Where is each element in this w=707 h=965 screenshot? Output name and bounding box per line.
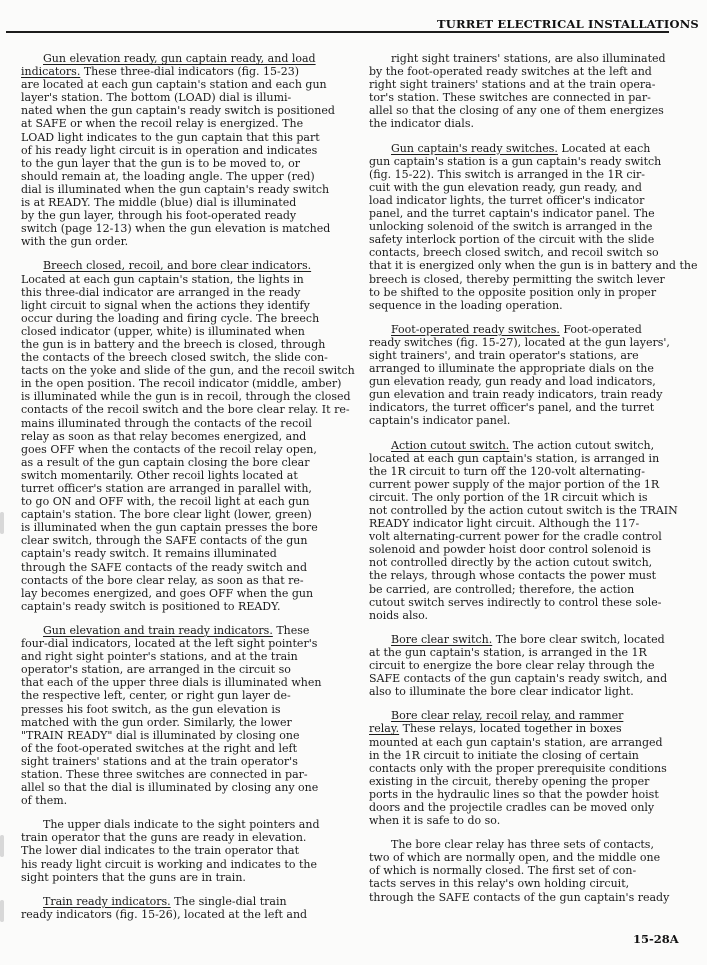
body-text: light circuit to signal when the actions… — [21, 299, 310, 312]
body-text: the 1R circuit to turn off the 120-volt … — [369, 465, 645, 478]
section-heading: Foot-operated ready switches. — [391, 323, 560, 336]
text-line: tor's station. These switches are connec… — [369, 91, 687, 104]
body-text: nated when the gun captain's ready switc… — [21, 104, 335, 117]
body-text: occur during the loading and firing cycl… — [21, 312, 319, 325]
section-heading: Train ready indicators. — [43, 895, 171, 908]
body-text: captain's ready switch is positioned to … — [21, 600, 280, 613]
body-text: located at each gun captain's station, i… — [369, 452, 659, 465]
body-text: relay as soon as that relay becomes ener… — [21, 430, 306, 443]
body-text: mounted at each gun captain's station, a… — [369, 736, 663, 749]
text-line: contacts, breech closed switch, and reco… — [369, 246, 687, 259]
body-text: with the gun order. — [21, 235, 128, 248]
section-heading: Gun captain's ready switches. — [391, 142, 558, 155]
section-heading: relay. — [369, 722, 399, 735]
text-line: Bore clear relay, recoil relay, and ramm… — [369, 709, 687, 722]
text-line: volt alternating-current power for the c… — [369, 530, 687, 543]
text-line: safety interlock portion of the circuit … — [369, 233, 687, 246]
body-text: allel so that the dial is illuminated by… — [21, 781, 318, 794]
body-text: train operator that the guns are ready i… — [21, 831, 306, 844]
text-line: as a result of the gun captain closing t… — [21, 456, 343, 469]
text-line: are located at each gun captain's statio… — [21, 78, 343, 91]
text-line: is at READY. The middle (blue) dial is i… — [21, 196, 343, 209]
paragraph-action-cutout-switch: Action cutout switch. The action cutout … — [369, 439, 687, 622]
text-line: mains illuminated through the contacts o… — [21, 417, 343, 430]
body-text: not controlled by the action cutout swit… — [369, 504, 678, 517]
text-line: the respective left, center, or right gu… — [21, 689, 343, 702]
text-line: switch (page 12-13) when the gun elevati… — [21, 222, 343, 235]
body-text: layer's station. The bottom (LOAD) dial … — [21, 91, 291, 104]
text-line: indicators. These three-dial indicators … — [21, 65, 343, 78]
text-line: The upper dials indicate to the sight po… — [21, 818, 343, 831]
text-line: solenoid and powder hoist door control s… — [369, 543, 687, 556]
text-line: with the gun order. — [21, 235, 343, 248]
body-text: gun captain's station is a gun captain's… — [369, 155, 661, 168]
body-text: to the gun layer that the gun is to be m… — [21, 157, 300, 170]
text-line: turret officer's station are arranged in… — [21, 482, 343, 495]
text-line: goes OFF when the contacts of the recoil… — [21, 443, 343, 456]
paragraph: The upper dials indicate to the sight po… — [21, 818, 343, 883]
text-line: circuit. The only portion of the 1R circ… — [369, 491, 687, 504]
body-text: current power supply of the major portio… — [369, 478, 659, 491]
body-text: These three-dial indicators (fig. 15-23) — [80, 65, 299, 78]
body-text: (fig. 15-22). This switch is arranged in… — [369, 168, 645, 181]
body-text: ready indicators (fig. 15-26), located a… — [21, 908, 307, 921]
body-text: and right sight pointer's stations, and … — [21, 650, 298, 663]
text-line: matched with the gun order. Similarly, t… — [21, 716, 343, 729]
section-heading: Bore clear switch. — [391, 633, 492, 646]
scan-edge-mark — [0, 835, 4, 857]
text-line: by the foot-operated ready switches at t… — [369, 65, 687, 78]
text-line: LOAD light indicates to the gun captain … — [21, 131, 343, 144]
text-line: of which is normally closed. The first s… — [369, 864, 687, 877]
paragraph-bore-clear-relay-recoil-relay-and-rammer-relay: Bore clear relay, recoil relay, and ramm… — [369, 709, 687, 827]
body-text: right sight trainers' stations, are also… — [391, 52, 666, 65]
body-text: contacts of the recoil switch and the bo… — [21, 403, 350, 416]
text-line: through the SAFE contacts of the ready s… — [21, 561, 343, 574]
text-line: relay as soon as that relay becomes ener… — [21, 430, 343, 443]
body-text: not controlled directly by the action cu… — [369, 556, 652, 569]
text-line: that it is energized only when the gun i… — [369, 259, 687, 272]
body-text: contacts only with the proper prerequisi… — [369, 762, 667, 775]
text-line: at the gun captain's station, is arrange… — [369, 646, 687, 659]
body-text: matched with the gun order. Similarly, t… — [21, 716, 292, 729]
text-line: Bore clear switch. The bore clear switch… — [369, 633, 687, 646]
body-text: "TRAIN READY" dial is illuminated by clo… — [21, 729, 300, 742]
body-text: the relays, through whose contacts the p… — [369, 569, 656, 582]
text-line: light circuit to signal when the actions… — [21, 299, 343, 312]
body-text: to go ON and OFF with, the recoil light … — [21, 495, 309, 508]
body-text: mains illuminated through the contacts o… — [21, 417, 312, 430]
scan-edge-mark — [0, 512, 4, 534]
text-line: READY indicator light circuit. Although … — [369, 517, 687, 530]
text-line: also to illuminate the bore clear indica… — [369, 685, 687, 698]
body-text: READY indicator light circuit. Although … — [369, 517, 639, 530]
paragraph-breech-closed-recoil-and-bore-clear-indicators: Breech closed, recoil, and bore clear in… — [21, 259, 343, 613]
body-text: is illuminated while the gun is in recoi… — [21, 390, 351, 403]
text-line: sight trainers', and train operator's st… — [369, 349, 687, 362]
text-line: gun elevation ready, gun ready and load … — [369, 375, 687, 388]
text-line: captain's station. The bore clear light … — [21, 508, 343, 521]
text-line: by the gun layer, through his foot-opera… — [21, 209, 343, 222]
body-text: indicators, the turret officer's panel, … — [369, 401, 654, 414]
text-line: contacts of the recoil switch and the bo… — [21, 403, 343, 416]
body-text: safety interlock portion of the circuit … — [369, 233, 654, 246]
text-line: existing in the circuit, thereby opening… — [369, 775, 687, 788]
body-text: Located at each gun captain's station, t… — [21, 273, 304, 286]
text-line: closed indicator (upper, white) is illum… — [21, 325, 343, 338]
paragraph-gun-captain-s-ready-switches: Gun captain's ready switches. Located at… — [369, 142, 687, 312]
left-column: Gun elevation ready, gun captain ready, … — [21, 52, 343, 921]
body-text: The lower dial indicates to the train op… — [21, 844, 299, 857]
text-line: Gun elevation ready, gun captain ready, … — [21, 52, 343, 65]
body-text: the respective left, center, or right gu… — [21, 689, 291, 702]
text-line: SAFE contacts of the gun captain's ready… — [369, 672, 687, 685]
body-text: cuit with the gun elevation ready, gun r… — [369, 181, 642, 194]
body-text: of his ready light circuit is in operati… — [21, 144, 317, 157]
body-text: noids also. — [369, 609, 428, 622]
body-text: through the SAFE contacts of the ready s… — [21, 561, 307, 574]
text-line: nated when the gun captain's ready switc… — [21, 104, 343, 117]
body-text: sight trainers' stations and at the trai… — [21, 755, 298, 768]
body-text: of them. — [21, 794, 67, 807]
text-line: "TRAIN READY" dial is illuminated by clo… — [21, 729, 343, 742]
text-line: ready indicators (fig. 15-26), located a… — [21, 908, 343, 921]
text-line: gun elevation and train ready indicators… — [369, 388, 687, 401]
body-text: of which is normally closed. The first s… — [369, 864, 636, 877]
body-text: circuit. The only portion of the 1R circ… — [369, 491, 648, 504]
body-text: tacts serves in this relay's own holding… — [369, 877, 629, 890]
body-text: station. These three switches are connec… — [21, 768, 308, 781]
text-line: switch momentarily. Other recoil lights … — [21, 469, 343, 482]
body-text: These — [273, 624, 310, 637]
body-text: through the SAFE contacts of the gun cap… — [369, 891, 669, 904]
section-heading: Bore clear relay, recoil relay, and ramm… — [391, 709, 623, 722]
text-line: Foot-operated ready switches. Foot-opera… — [369, 323, 687, 336]
body-text: sight trainers', and train operator's st… — [369, 349, 639, 362]
body-text: LOAD light indicates to the gun captain … — [21, 131, 320, 144]
paragraph: right sight trainers' stations, are also… — [369, 52, 687, 131]
body-text: is illuminated when the gun captain pres… — [21, 521, 318, 534]
page-number: 15-28A — [633, 932, 679, 946]
text-line: current power supply of the major portio… — [369, 478, 687, 491]
body-text: are located at each gun captain's statio… — [21, 78, 327, 91]
text-line: operator's station, are arranged in the … — [21, 663, 343, 676]
text-line: Gun elevation and train ready indicators… — [21, 624, 343, 637]
text-line: ports in the hydraulic lines so that the… — [369, 788, 687, 801]
text-line: Action cutout switch. The action cutout … — [369, 439, 687, 452]
text-line: ready switches (fig. 15-27), located at … — [369, 336, 687, 349]
body-text: dial is illuminated when the gun captain… — [21, 183, 329, 196]
text-line: to the gun layer that the gun is to be m… — [21, 157, 343, 170]
text-line: (fig. 15-22). This switch is arranged in… — [369, 168, 687, 181]
body-text: the gun is in battery and the breech is … — [21, 338, 325, 351]
text-line: sight pointers that the guns are in trai… — [21, 871, 343, 884]
text-line: circuit to energize the bore clear relay… — [369, 659, 687, 672]
body-text: is at READY. The middle (blue) dial is i… — [21, 196, 296, 209]
section-heading: Gun elevation ready, gun captain ready, … — [43, 52, 316, 65]
text-line: breech is closed, thereby permitting the… — [369, 273, 687, 286]
section-heading: indicators. — [21, 65, 80, 78]
body-text: contacts, breech closed switch, and reco… — [369, 246, 659, 259]
body-text: tor's station. These switches are connec… — [369, 91, 651, 104]
body-text: contacts of the bore clear relay, as soo… — [21, 574, 304, 587]
body-text: SAFE contacts of the gun captain's ready… — [369, 672, 667, 685]
text-line: allel so that the closing of any one of … — [369, 104, 687, 117]
body-text: presses his foot switch, as the gun elev… — [21, 703, 281, 716]
text-line: located at each gun captain's station, i… — [369, 452, 687, 465]
paragraph-gun-elevation-ready-gun-captain-ready-and-load-indicators: Gun elevation ready, gun captain ready, … — [21, 52, 343, 248]
text-line: captain's ready switch is positioned to … — [21, 600, 343, 613]
body-text: that it is energized only when the gun i… — [369, 259, 697, 272]
body-text: load indicator lights, the turret office… — [369, 194, 644, 207]
body-text: panel, and the turret captain's indicato… — [369, 207, 655, 220]
body-text: arranged to illuminate the appropriate d… — [369, 362, 654, 375]
text-line: station. These three switches are connec… — [21, 768, 343, 781]
text-line: tacts on the yoke and slide of the gun, … — [21, 364, 343, 377]
body-text: in the 1R circuit to initiate the closin… — [369, 749, 639, 762]
body-text: The bore clear relay has three sets of c… — [391, 838, 654, 851]
text-line: right sight trainers' stations and at th… — [369, 78, 687, 91]
text-line: captain's indicator panel. — [369, 414, 687, 427]
text-line: The bore clear relay has three sets of c… — [369, 838, 687, 851]
text-line: sight trainers' stations and at the trai… — [21, 755, 343, 768]
paragraph-bore-clear-switch: Bore clear switch. The bore clear switch… — [369, 633, 687, 698]
section-heading: Action cutout switch. — [391, 439, 509, 452]
text-line: Located at each gun captain's station, t… — [21, 273, 343, 286]
text-line: to go ON and OFF with, the recoil light … — [21, 495, 343, 508]
text-line: Train ready indicators. The single-dial … — [21, 895, 343, 908]
text-line: the relays, through whose contacts the p… — [369, 569, 687, 582]
text-line: through the SAFE contacts of the gun cap… — [369, 891, 687, 904]
text-line: sequence in the loading operation. — [369, 299, 687, 312]
text-line: Gun captain's ready switches. Located at… — [369, 142, 687, 155]
text-line: noids also. — [369, 609, 687, 622]
text-line: this three-dial indicator are arranged i… — [21, 286, 343, 299]
body-text: volt alternating-current power for the c… — [369, 530, 662, 543]
text-line: relay. These relays, located together in… — [369, 722, 687, 735]
paragraph-gun-elevation-and-train-ready-indicators: Gun elevation and train ready indicators… — [21, 624, 343, 807]
text-line: captain's ready switch. It remains illum… — [21, 547, 343, 560]
body-text: solenoid and powder hoist door control s… — [369, 543, 651, 556]
text-line: load indicator lights, the turret office… — [369, 194, 687, 207]
text-line: is illuminated while the gun is in recoi… — [21, 390, 343, 403]
text-line: that each of the upper three dials is il… — [21, 676, 343, 689]
body-text: the indicator dials. — [369, 117, 474, 130]
body-text: closed indicator (upper, white) is illum… — [21, 325, 305, 338]
text-line: cuit with the gun elevation ready, gun r… — [369, 181, 687, 194]
text-line: cutout switch serves indirectly to contr… — [369, 596, 687, 609]
text-line: lay becomes energized, and goes OFF when… — [21, 587, 343, 600]
body-text: switch (page 12-13) when the gun elevati… — [21, 222, 330, 235]
body-text: existing in the circuit, thereby opening… — [369, 775, 649, 788]
body-text: ports in the hydraulic lines so that the… — [369, 788, 659, 801]
text-line: arranged to illuminate the appropriate d… — [369, 362, 687, 375]
text-line: mounted at each gun captain's station, a… — [369, 736, 687, 749]
text-line: dial is illuminated when the gun captain… — [21, 183, 343, 196]
body-text: that each of the upper three dials is il… — [21, 676, 321, 689]
running-header-title: TURRET ELECTRICAL INSTALLATIONS — [437, 17, 699, 31]
body-text: turret officer's station are arranged in… — [21, 482, 312, 495]
body-text: gun elevation and train ready indicators… — [369, 388, 663, 401]
body-text: captain's station. The bore clear light … — [21, 508, 312, 521]
body-text: switch momentarily. Other recoil lights … — [21, 469, 298, 482]
body-text: These relays, located together in boxes — [399, 722, 622, 735]
paragraph-foot-operated-ready-switches: Foot-operated ready switches. Foot-opera… — [369, 323, 687, 428]
text-line: panel, and the turret captain's indicato… — [369, 207, 687, 220]
body-text: be carried, are controlled; therefore, t… — [369, 583, 634, 596]
body-text: by the foot-operated ready switches at t… — [369, 65, 652, 78]
body-text: gun elevation ready, gun ready and load … — [369, 375, 656, 388]
text-line: layer's station. The bottom (LOAD) dial … — [21, 91, 343, 104]
body-text: when it is safe to do so. — [369, 814, 500, 827]
text-line: be carried, are controlled; therefore, t… — [369, 583, 687, 596]
text-line: his ready light circuit is working and i… — [21, 858, 343, 871]
text-line: train operator that the guns are ready i… — [21, 831, 343, 844]
body-text: circuit to energize the bore clear relay… — [369, 659, 654, 672]
body-text: two of which are normally open, and the … — [369, 851, 660, 864]
scan-edge-mark — [0, 900, 4, 922]
text-line: not controlled by the action cutout swit… — [369, 504, 687, 517]
text-line: contacts of the bore clear relay, as soo… — [21, 574, 343, 587]
body-text: clear switch, through the SAFE contacts … — [21, 534, 307, 547]
body-text: sight pointers that the guns are in trai… — [21, 871, 246, 884]
body-text: captain's indicator panel. — [369, 414, 510, 427]
body-text: at SAFE or when the recoil relay is ener… — [21, 117, 303, 130]
body-text: goes OFF when the contacts of the recoil… — [21, 443, 317, 456]
text-line: at SAFE or when the recoil relay is ener… — [21, 117, 343, 130]
text-line: four-dial indicators, located at the lef… — [21, 637, 343, 650]
body-text: lay becomes energized, and goes OFF when… — [21, 587, 313, 600]
body-text: The action cutout switch, — [509, 439, 654, 452]
body-text: Located at each — [558, 142, 650, 155]
text-line: is illuminated when the gun captain pres… — [21, 521, 343, 534]
text-line: presses his foot switch, as the gun elev… — [21, 703, 343, 716]
text-line: of the foot-operated switches at the rig… — [21, 742, 343, 755]
body-text: to be shifted to the opposite position o… — [369, 286, 656, 299]
text-line: gun captain's station is a gun captain's… — [369, 155, 687, 168]
body-text: at the gun captain's station, is arrange… — [369, 646, 647, 659]
text-line: the 1R circuit to turn off the 120-volt … — [369, 465, 687, 478]
body-text: The single-dial train — [171, 895, 287, 908]
right-column: right sight trainers' stations, are also… — [369, 52, 687, 904]
text-line: the indicator dials. — [369, 117, 687, 130]
text-line: doors and the projectile cradles can be … — [369, 801, 687, 814]
body-text: doors and the projectile cradles can be … — [369, 801, 654, 814]
text-line: contacts only with the proper prerequisi… — [369, 762, 687, 775]
paragraph-train-ready-indicators: Train ready indicators. The single-dial … — [21, 895, 343, 921]
text-line: two of which are normally open, and the … — [369, 851, 687, 864]
body-text: breech is closed, thereby permitting the… — [369, 273, 665, 286]
section-heading: Breech closed, recoil, and bore clear in… — [43, 259, 311, 272]
text-line: of them. — [21, 794, 343, 807]
text-line: when it is safe to do so. — [369, 814, 687, 827]
body-text: captain's ready switch. It remains illum… — [21, 547, 277, 560]
text-line: allel so that the dial is illuminated by… — [21, 781, 343, 794]
text-line: to be shifted to the opposite position o… — [369, 286, 687, 299]
text-line: and right sight pointer's stations, and … — [21, 650, 343, 663]
body-text: The upper dials indicate to the sight po… — [43, 818, 319, 831]
body-text: sequence in the loading operation. — [369, 299, 563, 312]
body-text: tacts on the yoke and slide of the gun, … — [21, 364, 355, 377]
body-text: allel so that the closing of any one of … — [369, 104, 664, 117]
body-text: cutout switch serves indirectly to contr… — [369, 596, 661, 609]
body-text: as a result of the gun captain closing t… — [21, 456, 309, 469]
body-text: operator's station, are arranged in the … — [21, 663, 291, 676]
text-line: unlocking solenoid of the switch is arra… — [369, 220, 687, 233]
text-line: Breech closed, recoil, and bore clear in… — [21, 259, 343, 272]
body-text: four-dial indicators, located at the lef… — [21, 637, 317, 650]
paragraph: The bore clear relay has three sets of c… — [369, 838, 687, 903]
body-text: in the open position. The recoil indicat… — [21, 377, 341, 390]
body-text: the contacts of the breech closed switch… — [21, 351, 328, 364]
body-text: of the foot-operated switches at the rig… — [21, 742, 297, 755]
text-line: not controlled directly by the action cu… — [369, 556, 687, 569]
section-heading: Gun elevation and train ready indicators… — [43, 624, 273, 637]
text-line: indicators, the turret officer's panel, … — [369, 401, 687, 414]
text-line: should remain at, the loading angle. The… — [21, 170, 343, 183]
text-line: occur during the loading and firing cycl… — [21, 312, 343, 325]
body-text: should remain at, the loading angle. The… — [21, 170, 315, 183]
body-text: The bore clear switch, located — [492, 633, 664, 646]
body-text: ready switches (fig. 15-27), located at … — [369, 336, 670, 349]
text-line: clear switch, through the SAFE contacts … — [21, 534, 343, 547]
body-text: Foot-operated — [560, 323, 642, 336]
body-text: unlocking solenoid of the switch is arra… — [369, 220, 652, 233]
text-line: the contacts of the breech closed switch… — [21, 351, 343, 364]
text-line: right sight trainers' stations, are also… — [369, 52, 687, 65]
header-rule — [6, 31, 669, 33]
body-text: right sight trainers' stations and at th… — [369, 78, 655, 91]
text-line: in the open position. The recoil indicat… — [21, 377, 343, 390]
text-line: the gun is in battery and the breech is … — [21, 338, 343, 351]
text-line: tacts serves in this relay's own holding… — [369, 877, 687, 890]
body-text: also to illuminate the bore clear indica… — [369, 685, 634, 698]
text-line: The lower dial indicates to the train op… — [21, 844, 343, 857]
text-line: in the 1R circuit to initiate the closin… — [369, 749, 687, 762]
body-text: his ready light circuit is working and i… — [21, 858, 317, 871]
text-line: of his ready light circuit is in operati… — [21, 144, 343, 157]
body-text: this three-dial indicator are arranged i… — [21, 286, 300, 299]
body-text: by the gun layer, through his foot-opera… — [21, 209, 296, 222]
